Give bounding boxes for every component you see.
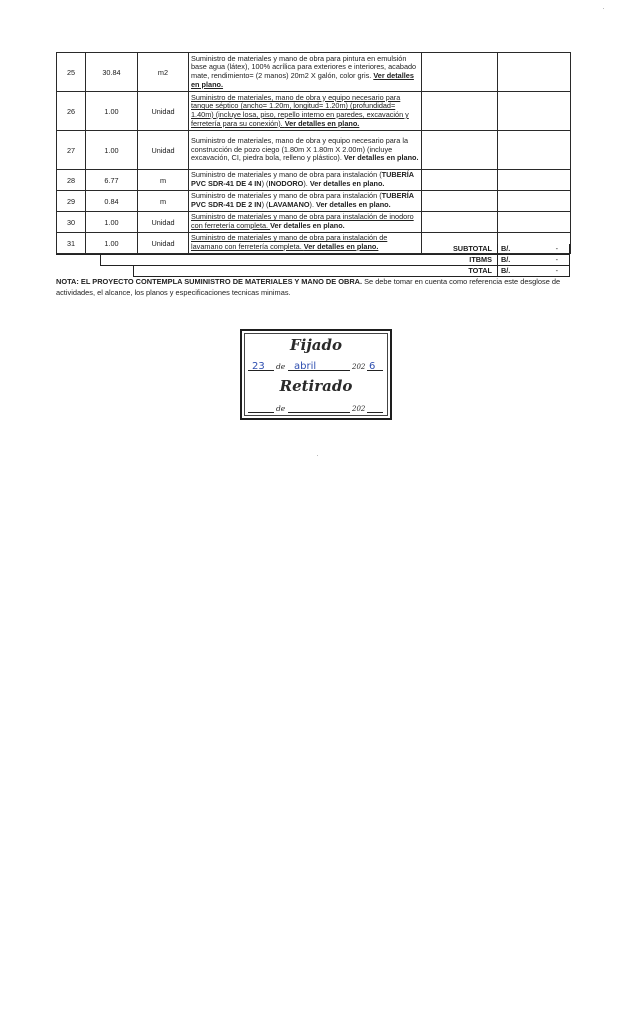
item-quantity: 1.00 — [86, 92, 138, 131]
item-total — [498, 92, 571, 131]
item-quantity: 1.00 — [86, 131, 138, 170]
item-total — [498, 191, 571, 212]
item-unit-price — [422, 131, 498, 170]
item-description: Suministro de materiales y mano de obra … — [189, 53, 422, 92]
table-row: 2530.84m2Suministro de materiales y mano… — [57, 53, 571, 92]
itbms-value: - — [556, 255, 558, 265]
total-currency: B/. — [497, 266, 570, 276]
scan-speck — [603, 8, 604, 9]
table-row: 261.00UnidadSuministro de materiales, ma… — [57, 92, 571, 131]
item-total — [498, 212, 571, 233]
fijado-de: de — [276, 362, 285, 371]
item-unit-price — [422, 170, 498, 191]
items-table: 2530.84m2Suministro de materiales y mano… — [56, 52, 571, 254]
item-description: Suministro de materiales y mano de obra … — [189, 191, 422, 212]
description-segment: Ver detalles en plano. — [285, 119, 360, 128]
item-number: 29 — [57, 191, 86, 212]
item-quantity: 1.00 — [86, 212, 138, 233]
item-unit: Unidad — [138, 212, 189, 233]
item-description: Suministro de materiales y mano de obra … — [189, 170, 422, 191]
item-total — [498, 170, 571, 191]
item-description: Suministro de materiales, mano de obra y… — [189, 131, 422, 170]
retirado-year-prefix: 202 — [352, 405, 365, 413]
item-total — [498, 53, 571, 92]
subtotal-value: - — [556, 244, 558, 254]
description-segment: Ver detalles en plano. — [270, 221, 345, 230]
item-number: 30 — [57, 212, 86, 233]
itbms-label: ITBMS — [469, 255, 494, 265]
totals-block: SUBTOTAL B/. - ITBMS B/. - TOTAL B/. - — [56, 244, 570, 276]
item-unit: Unidad — [138, 92, 189, 131]
subtotal-row: SUBTOTAL B/. - — [56, 244, 570, 255]
item-total — [498, 131, 571, 170]
note-bold: NOTA: EL PROYECTO CONTEMPLA SUMINISTRO D… — [56, 277, 362, 286]
item-description: Suministro de materiales y mano de obra … — [189, 212, 422, 233]
fijado-year-prefix: 202 — [352, 363, 365, 371]
item-description: Suministro de materiales, mano de obra y… — [189, 92, 422, 131]
fijado-day: 23 — [252, 361, 265, 372]
scan-speck — [317, 455, 318, 456]
project-note: NOTA: EL PROYECTO CONTEMPLA SUMINISTRO D… — [56, 277, 576, 298]
stamp-retirado-title: Retirado — [242, 377, 390, 395]
item-quantity: 30.84 — [86, 53, 138, 92]
fijado-year-digit: 6 — [369, 361, 375, 372]
item-unit: m2 — [138, 53, 189, 92]
fijado-month: abril — [294, 361, 316, 372]
item-quantity: 0.84 — [86, 191, 138, 212]
table-row: 290.84mSuministro de materiales y mano d… — [57, 191, 571, 212]
itbms-currency: B/. — [497, 255, 570, 265]
retirado-day-line — [248, 400, 274, 413]
stamp-fijado-title: Fijado — [242, 336, 390, 354]
itbms-row: ITBMS B/. - — [100, 255, 570, 266]
item-unit-price — [422, 53, 498, 92]
totals-border — [569, 244, 570, 277]
item-number: 26 — [57, 92, 86, 131]
subtotal-label: SUBTOTAL — [453, 244, 494, 254]
subtotal-currency: B/. — [497, 244, 570, 254]
fijado-retirado-stamp: Fijado 23 de abril 202 6 Retirado de 202 — [240, 329, 392, 420]
table-row: 286.77mSuministro de materiales y mano d… — [57, 170, 571, 191]
item-quantity: 6.77 — [86, 170, 138, 191]
item-unit-price — [422, 92, 498, 131]
retirado-month-line — [288, 400, 350, 413]
item-unit: m — [138, 170, 189, 191]
document-page: 2530.84m2Suministro de materiales y mano… — [0, 0, 622, 1024]
description-segment: Ver detalles en plano. — [310, 179, 385, 188]
item-unit-price — [422, 191, 498, 212]
retirado-year-line — [367, 400, 383, 413]
item-number: 28 — [57, 170, 86, 191]
description-segment: Ver detalles en plano. — [344, 153, 419, 162]
retirado-de: de — [276, 404, 285, 413]
description-segment: INODORO — [268, 179, 303, 188]
item-unit: m — [138, 191, 189, 212]
total-value: - — [556, 266, 558, 276]
description-segment: Suministro de materiales y mano de obra … — [191, 170, 382, 179]
table-row: 301.00UnidadSuministro de materiales y m… — [57, 212, 571, 233]
item-unit-price — [422, 212, 498, 233]
description-segment: Suministro de materiales y mano de obra … — [191, 191, 382, 200]
item-unit: Unidad — [138, 131, 189, 170]
total-label: TOTAL — [468, 266, 494, 276]
description-segment: LAVAMANO — [268, 200, 309, 209]
stamp-retirado-date: de 202 — [246, 401, 386, 415]
item-number: 27 — [57, 131, 86, 170]
table-row: 271.00UnidadSuministro de materiales, ma… — [57, 131, 571, 170]
stamp-fijado-date: 23 de abril 202 6 — [246, 359, 386, 373]
total-row: TOTAL B/. - — [133, 266, 570, 277]
description-segment: Ver detalles en plano. — [316, 200, 391, 209]
item-number: 25 — [57, 53, 86, 92]
